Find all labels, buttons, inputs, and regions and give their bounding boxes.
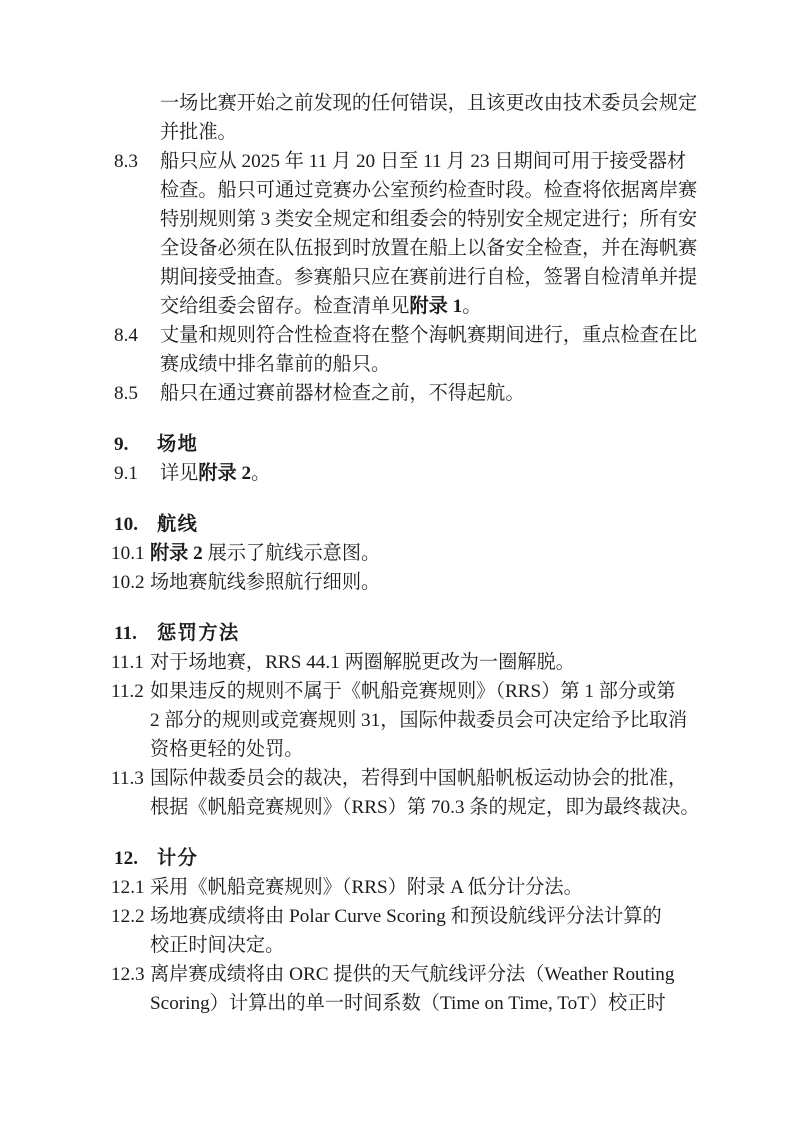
clause-number: 8.4 (114, 321, 138, 350)
clause-text: 特别规则第 3 类安全规定和组委会的特别安全规定进行；所有安 (160, 205, 794, 234)
clause-line: Scoring）计算出的单一时间系数（Time on Time, ToT）校正时 (0, 989, 794, 1018)
text-run: 对于场地赛，RRS 44.1 两圈解脱更改为一圈解脱。 (150, 652, 575, 673)
bold-reference: 附录 2 (150, 543, 203, 564)
clause-line: 赛成绩中排名靠前的船只。 (0, 350, 794, 379)
clause-line: 10.1附录 2 展示了航线示意图。 (0, 539, 794, 568)
clause-line: 校正时间决定。 (0, 931, 794, 960)
clause-text: 国际仲裁委员会的裁决，若得到中国帆船帆板运动协会的批准， (150, 764, 794, 793)
clause-line: 根据《帆船竞赛规则》（RRS）第 70.3 条的规定，即为最终裁决。 (0, 793, 794, 822)
document-content: 一场比赛开始之前发现的任何错误，且该更改由技术委员会规定并批准。8.3船只应从 … (0, 0, 794, 1018)
bold-reference: 附录 1 (409, 296, 462, 317)
text-run: 如果违反的规则不属于《帆船竞赛规则》（RRS）第 1 部分或第 (150, 681, 676, 702)
clause-number: 10.2 (111, 568, 145, 597)
clause-text: 场地赛航线参照航行细则。 (150, 568, 794, 597)
clause-text: 详见附录 2。 (160, 459, 794, 488)
paragraph-line: 一场比赛开始之前发现的任何错误，且该更改由技术委员会规定 (0, 89, 794, 118)
text-run: 期间接受抽查。参赛船只应在赛前进行自检，签署自检清单并提 (160, 267, 697, 288)
clause-text: 校正时间决定。 (150, 931, 794, 960)
clause-text: 交给组委会留存。检查清单见附录 1。 (160, 292, 794, 321)
clause-number: 11.2 (111, 677, 144, 706)
clause-text: Scoring）计算出的单一时间系数（Time on Time, ToT）校正时 (150, 989, 794, 1018)
clause-line: 8.5船只在通过赛前器材检查之前，不得起航。 (0, 379, 794, 408)
clause-number: 8.5 (114, 379, 138, 408)
text-run: 离岸赛成绩将由 ORC 提供的天气航线评分法（Weather Routing (150, 964, 675, 985)
section-heading: 9.场地 (0, 430, 794, 459)
paragraph-line: 并批准。 (0, 118, 794, 147)
text-run: 。 (251, 463, 270, 484)
text-run: 全设备必须在队伍报到时放置在船上以备安全检查，并在海帆赛 (160, 238, 697, 259)
section-title: 航线 (157, 510, 794, 539)
clause-text: 船只在通过赛前器材检查之前，不得起航。 (160, 379, 794, 408)
clause-line: 11.2如果违反的规则不属于《帆船竞赛规则》（RRS）第 1 部分或第 (0, 677, 794, 706)
clause-line: 8.3船只应从 2025 年 11 月 20 日至 11 月 23 日期间可用于… (0, 147, 794, 176)
clause-number: 12.1 (111, 873, 145, 902)
clause-number: 12.3 (111, 960, 145, 989)
section-title: 计分 (157, 844, 794, 873)
text-run: 船只应从 2025 年 11 月 20 日至 11 月 23 日期间可用于接受器… (160, 151, 686, 172)
clause-line: 11.3国际仲裁委员会的裁决，若得到中国帆船帆板运动协会的批准， (0, 764, 794, 793)
text-run: 详见 (160, 463, 198, 484)
text-run: 场地赛成绩将由 Polar Curve Scoring 和预设航线评分法计算的 (150, 906, 662, 927)
section-number: 10. (114, 510, 138, 539)
bold-reference: 附录 2 (198, 463, 251, 484)
clause-number: 11.1 (111, 648, 144, 677)
text-run: 船只在通过赛前器材检查之前，不得起航。 (160, 383, 525, 404)
clause-line: 9.1详见附录 2。 (0, 459, 794, 488)
clause-line: 特别规则第 3 类安全规定和组委会的特别安全规定进行；所有安 (0, 205, 794, 234)
clause-text: 期间接受抽查。参赛船只应在赛前进行自检，签署自检清单并提 (160, 263, 794, 292)
text-run: 2 部分的规则或竞赛规则 31，国际仲裁委员会可决定给予比取消 (150, 710, 687, 731)
section-heading: 10.航线 (0, 510, 794, 539)
clause-text: 一场比赛开始之前发现的任何错误，且该更改由技术委员会规定 (160, 89, 794, 118)
section-number: 12. (114, 844, 138, 873)
clause-text: 赛成绩中排名靠前的船只。 (160, 350, 794, 379)
clause-text: 船只应从 2025 年 11 月 20 日至 11 月 23 日期间可用于接受器… (160, 147, 794, 176)
clause-line: 12.2场地赛成绩将由 Polar Curve Scoring 和预设航线评分法… (0, 902, 794, 931)
text-run: 检查。船只可通过竞赛办公室预约检查时段。检查将依据离岸赛 (160, 180, 697, 201)
text-run: 并批准。 (160, 122, 237, 143)
text-run: 展示了航线示意图。 (203, 543, 380, 564)
clause-line: 交给组委会留存。检查清单见附录 1。 (0, 292, 794, 321)
document-page: 一场比赛开始之前发现的任何错误，且该更改由技术委员会规定并批准。8.3船只应从 … (0, 0, 794, 1124)
text-run: 场地赛航线参照航行细则。 (150, 572, 380, 593)
text-run: 特别规则第 3 类安全规定和组委会的特别安全规定进行；所有安 (160, 209, 697, 230)
section-title: 惩罚方法 (157, 619, 794, 648)
clause-line: 期间接受抽查。参赛船只应在赛前进行自检，签署自检清单并提 (0, 263, 794, 292)
section-heading: 12.计分 (0, 844, 794, 873)
section-heading: 11.惩罚方法 (0, 619, 794, 648)
clause-text: 全设备必须在队伍报到时放置在船上以备安全检查，并在海帆赛 (160, 234, 794, 263)
clause-text: 并批准。 (160, 118, 794, 147)
text-run: 丈量和规则符合性检查将在整个海帆赛期间进行，重点检查在比 (160, 325, 697, 346)
clause-text: 2 部分的规则或竞赛规则 31，国际仲裁委员会可决定给予比取消 (150, 706, 794, 735)
clause-text: 根据《帆船竞赛规则》（RRS）第 70.3 条的规定，即为最终裁决。 (150, 793, 794, 822)
clause-line: 2 部分的规则或竞赛规则 31，国际仲裁委员会可决定给予比取消 (0, 706, 794, 735)
clause-text: 资格更轻的处罚。 (150, 735, 794, 764)
text-run: 一场比赛开始之前发现的任何错误，且该更改由技术委员会规定 (160, 93, 697, 114)
clause-text: 丈量和规则符合性检查将在整个海帆赛期间进行，重点检查在比 (160, 321, 794, 350)
text-run: 采用《帆船竞赛规则》（RRS）附录 A 低分计分法。 (150, 877, 583, 898)
text-run: 交给组委会留存。检查清单见 (160, 296, 409, 317)
clause-line: 12.3离岸赛成绩将由 ORC 提供的天气航线评分法（Weather Routi… (0, 960, 794, 989)
clause-text: 附录 2 展示了航线示意图。 (150, 539, 794, 568)
clause-line: 10.2场地赛航线参照航行细则。 (0, 568, 794, 597)
text-run: 赛成绩中排名靠前的船只。 (160, 354, 390, 375)
text-run: 校正时间决定。 (150, 935, 284, 956)
section-number: 11. (114, 619, 137, 648)
clause-text: 采用《帆船竞赛规则》（RRS）附录 A 低分计分法。 (150, 873, 794, 902)
clause-number: 11.3 (111, 764, 144, 793)
text-run: 。 (462, 296, 481, 317)
clause-number: 8.3 (114, 147, 138, 176)
clause-line: 资格更轻的处罚。 (0, 735, 794, 764)
clause-text: 对于场地赛，RRS 44.1 两圈解脱更改为一圈解脱。 (150, 648, 794, 677)
clause-number: 12.2 (111, 902, 145, 931)
clause-line: 11.1对于场地赛，RRS 44.1 两圈解脱更改为一圈解脱。 (0, 648, 794, 677)
clause-text: 如果违反的规则不属于《帆船竞赛规则》（RRS）第 1 部分或第 (150, 677, 794, 706)
clause-line: 12.1采用《帆船竞赛规则》（RRS）附录 A 低分计分法。 (0, 873, 794, 902)
text-run: 国际仲裁委员会的裁决，若得到中国帆船帆板运动协会的批准， (150, 768, 687, 789)
clause-text: 场地赛成绩将由 Polar Curve Scoring 和预设航线评分法计算的 (150, 902, 794, 931)
clause-text: 检查。船只可通过竞赛办公室预约检查时段。检查将依据离岸赛 (160, 176, 794, 205)
clause-text: 离岸赛成绩将由 ORC 提供的天气航线评分法（Weather Routing (150, 960, 794, 989)
text-run: Scoring）计算出的单一时间系数（Time on Time, ToT）校正时 (150, 993, 666, 1014)
section-number: 9. (114, 430, 128, 459)
section-title: 场地 (157, 430, 794, 459)
text-run: 根据《帆船竞赛规则》（RRS）第 70.3 条的规定，即为最终裁决。 (150, 797, 700, 818)
clause-line: 全设备必须在队伍报到时放置在船上以备安全检查，并在海帆赛 (0, 234, 794, 263)
clause-line: 检查。船只可通过竞赛办公室预约检查时段。检查将依据离岸赛 (0, 176, 794, 205)
clause-number: 10.1 (111, 539, 145, 568)
clause-number: 9.1 (114, 459, 138, 488)
clause-line: 8.4丈量和规则符合性检查将在整个海帆赛期间进行，重点检查在比 (0, 321, 794, 350)
text-run: 资格更轻的处罚。 (150, 739, 304, 760)
